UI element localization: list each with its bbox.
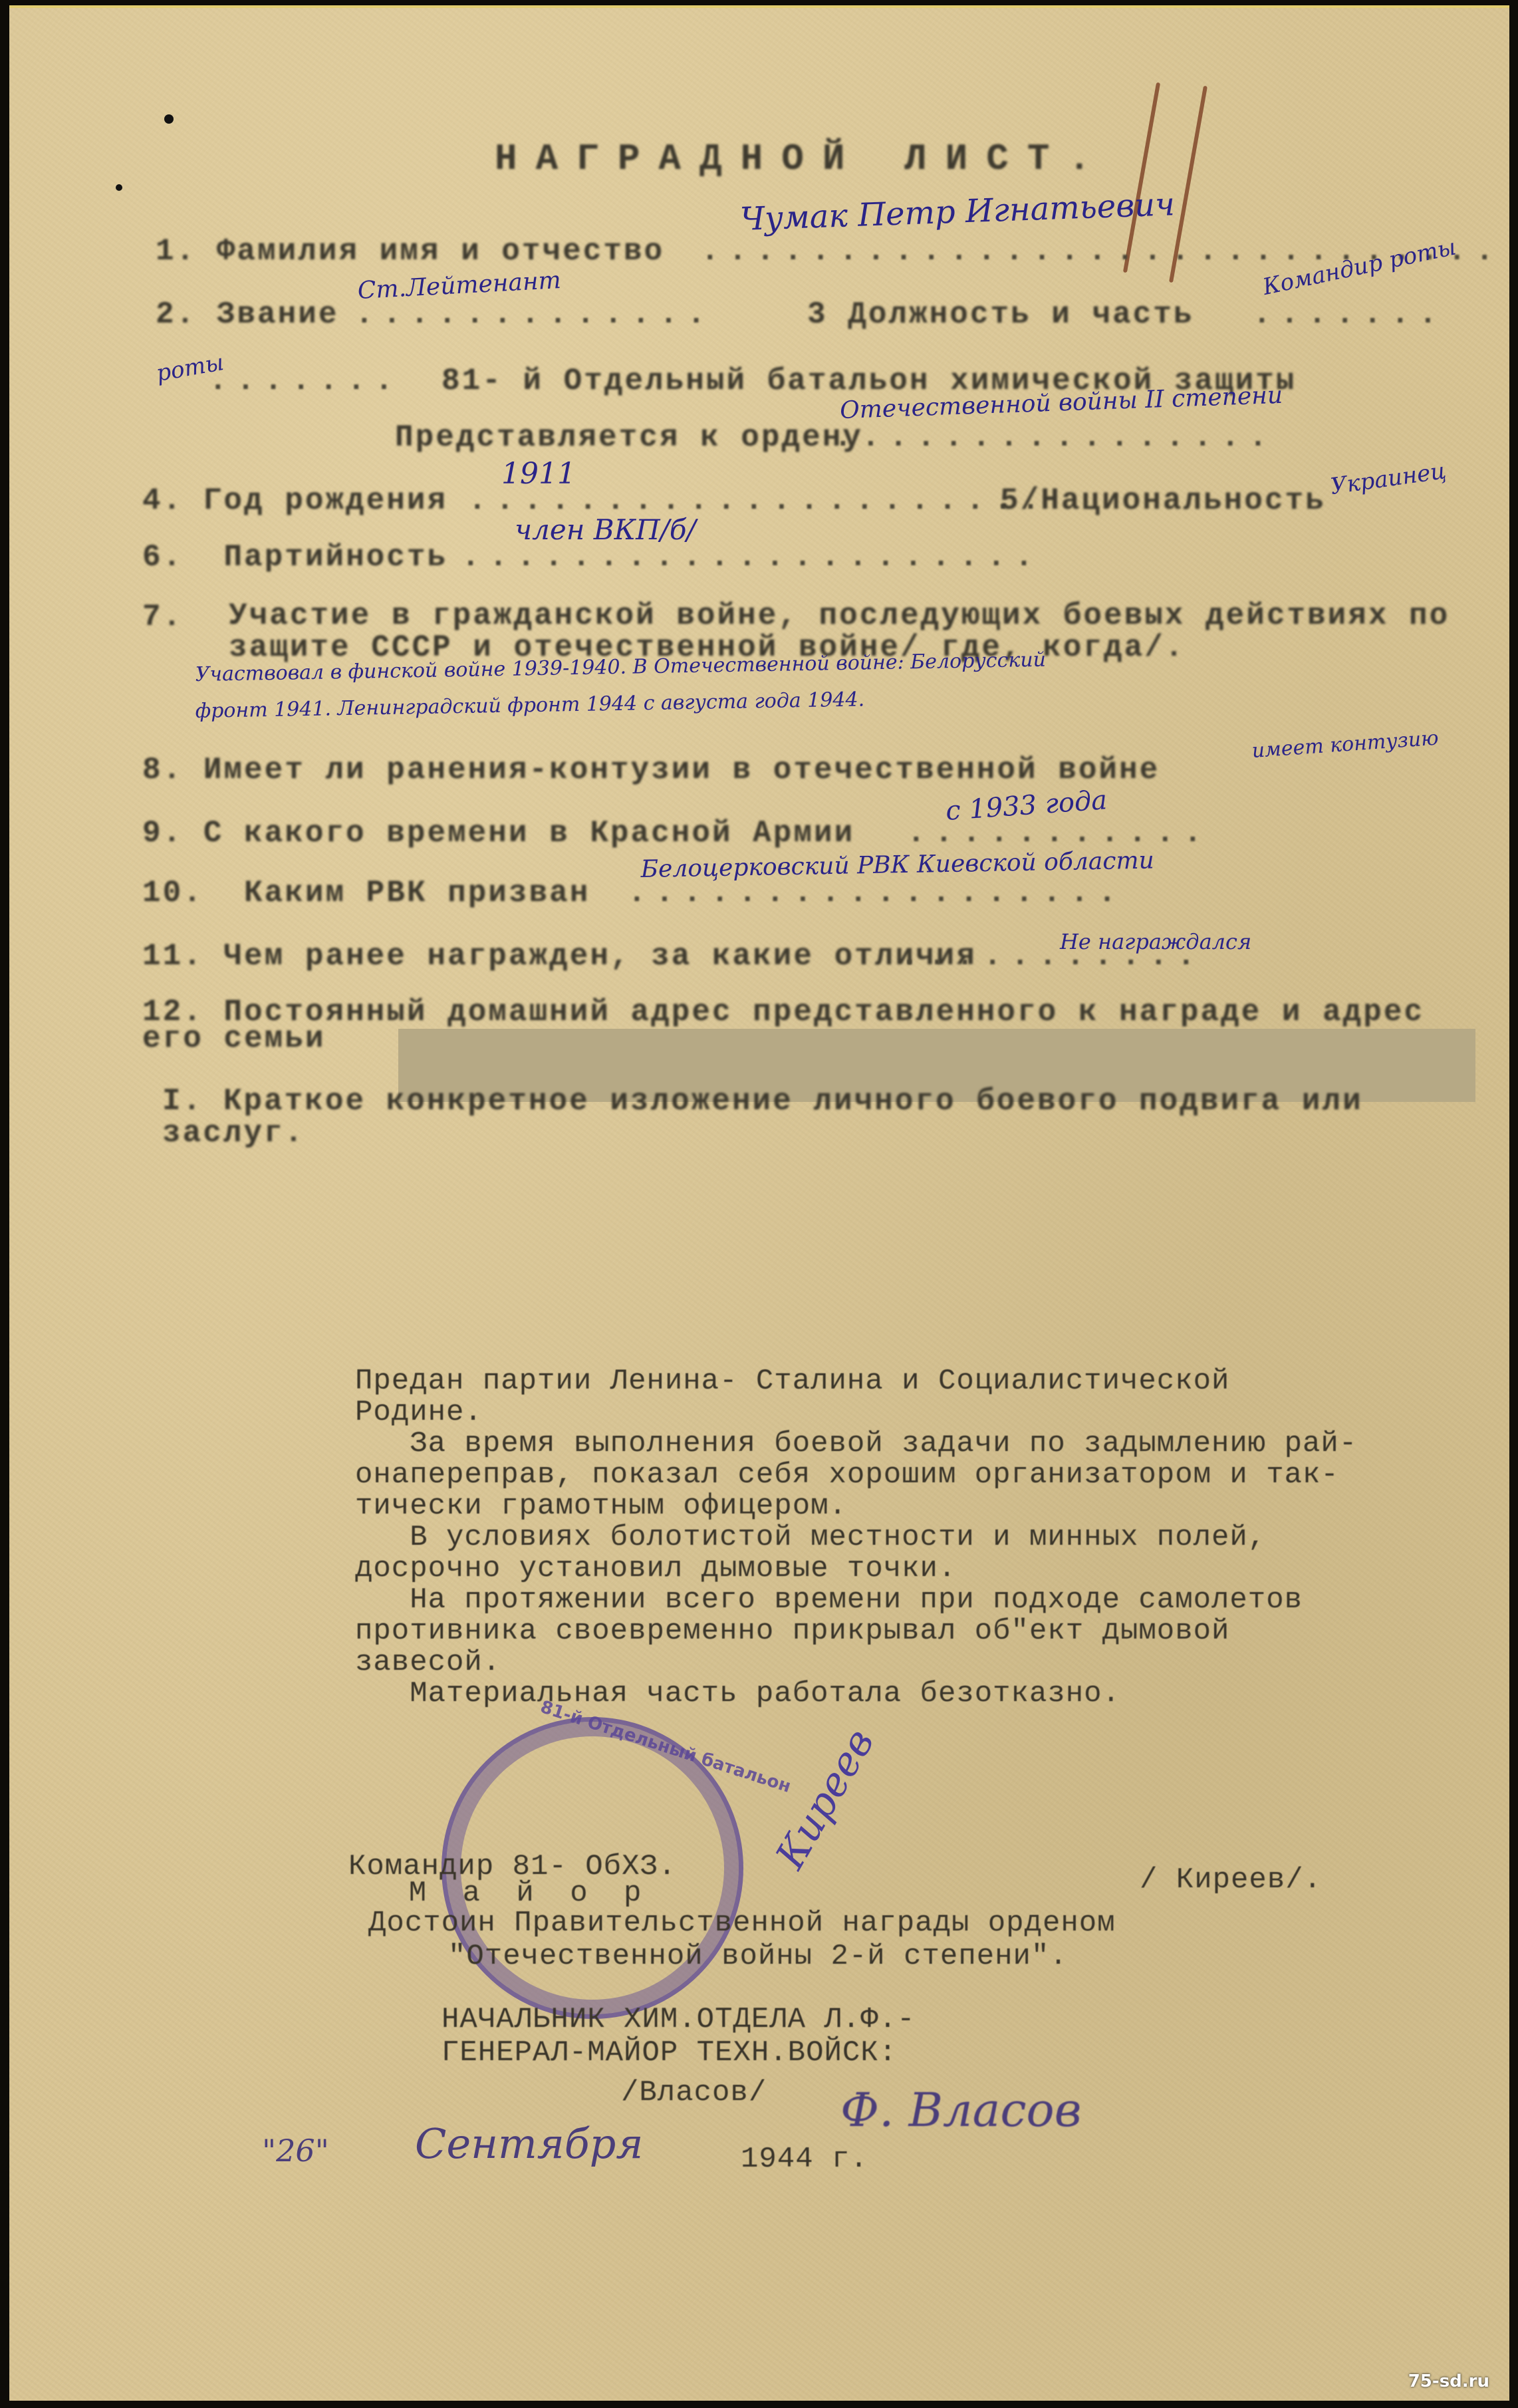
narrative-line: На протяжении всего времени при подходе … (355, 1583, 1303, 1617)
narrative-line: Родине. (355, 1396, 483, 1429)
dotted-leader: ....... (209, 364, 402, 398)
recommendation-line-2: "Отечественной войны 2-й степени". (448, 1940, 1068, 1973)
punch-hole (116, 184, 122, 191)
dotted-leader: ............. (355, 297, 715, 332)
field-2-label: 2. Звание (156, 297, 338, 332)
dotted-leader: ................ (834, 420, 1277, 455)
commander-rank: М а й о р (355, 1877, 650, 1910)
field-1-label: 1. Фамилия имя и отчество (156, 234, 664, 269)
narrative-line: досрочно установил дымовые точки. (355, 1552, 956, 1585)
field-7-num: 7. (142, 600, 183, 634)
field-4-label: 4. Год рождения (142, 483, 447, 518)
field-8-value: имеет контузию (1251, 726, 1440, 763)
narrative-line: онапереправ, показал себя хорошим органи… (355, 1458, 1339, 1492)
field-3-label: 3 Должность и часть (807, 297, 1194, 332)
field-6-label: 6. Партийность (142, 540, 447, 575)
field-9-label: 9. С какого времени в Красной Армии (142, 816, 854, 851)
field-10-label: 10. Каким РВК призван (142, 876, 590, 910)
date-day: "26" (262, 2133, 329, 2169)
narrative-line: противника своевременно прикрывал об"ект… (355, 1615, 1229, 1648)
dotted-leader: ....... (1253, 297, 1446, 332)
field-7-value-line-2: фронт 1941. Ленинградский фронт 1944 с а… (195, 688, 864, 723)
field-8-label: 8. Имеет ли ранения-контузии в отечестве… (142, 753, 1160, 787)
punch-hole (164, 114, 174, 124)
narrative-line: Предан партии Ленина- Сталина и Социалис… (355, 1365, 1229, 1398)
chief-title: НАЧАЛЬНИК ХИМ.ОТДЕЛА Л.Ф.- (442, 2003, 916, 2036)
document-title: НАГРАДНОЙ ЛИСТ. (495, 138, 1109, 180)
award-sheet-page: НАГРАДНОЙ ЛИСТ. 1. Фамилия имя и отчеств… (9, 5, 1509, 2401)
chief-signature: Ф. Власов (840, 2083, 1081, 2137)
narrative-line: За время выполнения боевой задачи по зад… (355, 1427, 1357, 1460)
field-4-value: 1911 (501, 457, 576, 491)
field-1-value: Чумак Петр Игнатьевич (739, 186, 1176, 238)
chief-rank: ГЕНЕРАЛ-МАЙОР ТЕХН.ВОЙСК: (442, 2036, 897, 2070)
field-5-value: Украинец (1328, 458, 1448, 500)
date-month: Сентября (415, 2119, 643, 2168)
commander-signature: Киреев (767, 1721, 883, 1877)
date-year: 1944 г. (741, 2143, 868, 2176)
narrative-line: В условиях болотистой местности и минных… (355, 1521, 1266, 1554)
narrative-line: завесой. (355, 1646, 501, 1679)
field-6-value: член ВКП/б/ (515, 513, 696, 546)
narrative-line: Материальная часть работала безотказно. (355, 1677, 1120, 1710)
section-i-label: I. Краткое конкретное изложение личного … (162, 1085, 1459, 1149)
commander-name: / Киреев/. (1140, 1863, 1322, 1897)
field-11-value: Не награждался (1060, 929, 1251, 954)
recommendation-line-1: Достоин Правительственной награды ордено… (368, 1907, 1116, 1940)
source-watermark: 75-sd.ru (1408, 2371, 1489, 2391)
presented-for-label: Представляется к ордену (395, 420, 863, 455)
narrative-line: тически грамотным офицером. (355, 1490, 847, 1523)
chief-name: /Власов/ (621, 2076, 767, 2109)
field-5-label: 5/Национальность (1000, 483, 1326, 518)
field-11-label: 11. Чем ранее награжден, за какие отличи… (142, 939, 977, 974)
